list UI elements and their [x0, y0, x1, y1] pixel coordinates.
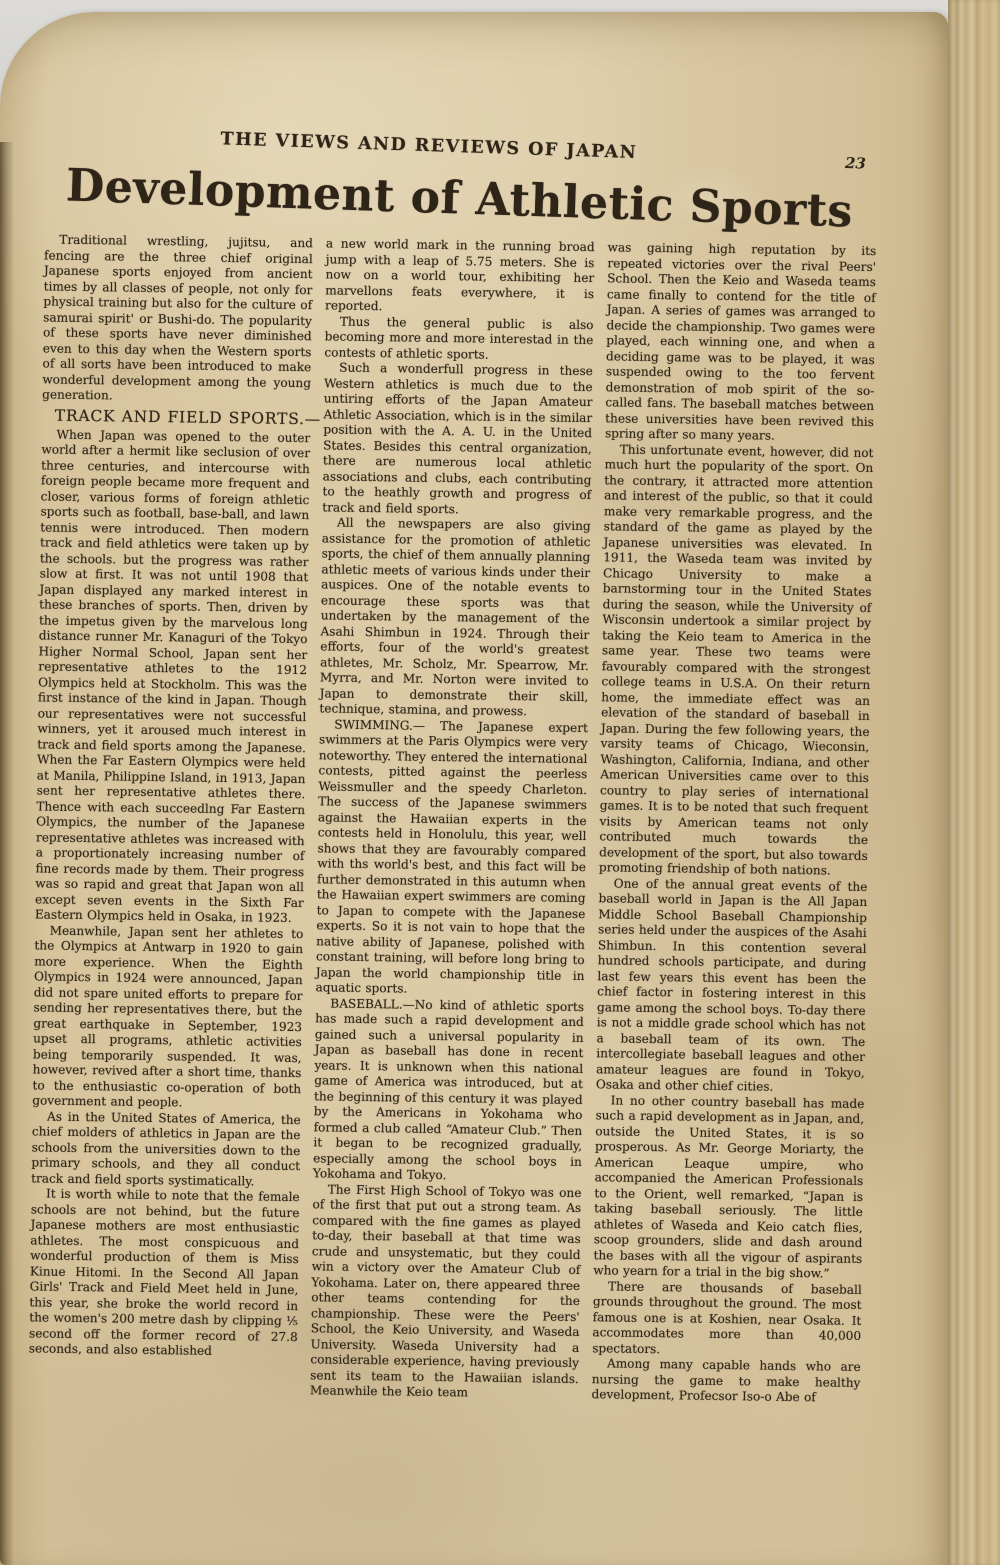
- paragraph: When Japan was opened to the outer world…: [35, 427, 311, 927]
- paragraph: Among many capable hands who are nursing…: [591, 1356, 860, 1406]
- paragraph: a new world mark in the running broad ju…: [325, 236, 595, 317]
- paragraph: Such a wonderfull progress in these West…: [322, 360, 593, 519]
- section-heading: TRACK AND FIELD SPORTS.—: [42, 406, 311, 429]
- article-columns: Traditional wrestling, jujitsu, and fenc…: [28, 232, 876, 1406]
- paragraph: Meanwhile, Japan sent her athletes to th…: [32, 923, 303, 1113]
- paragraph: As in the United States of America, the …: [31, 1109, 301, 1190]
- column-3: was gaining high reputation by its repea…: [591, 240, 876, 1406]
- paragraph: The First High School of Tokyo was one o…: [310, 1182, 582, 1403]
- paragraph: It is worth while to note that the femal…: [29, 1186, 300, 1360]
- column-1: Traditional wrestling, jujitsu, and fenc…: [29, 232, 313, 1360]
- paragraph: was gaining high reputation by its repea…: [605, 240, 876, 445]
- scan-backdrop: THE VIEWS AND REVIEWS OF JAPAN 23 Develo…: [0, 0, 1000, 1565]
- magazine-page: THE VIEWS AND REVIEWS OF JAPAN 23 Develo…: [0, 12, 948, 1565]
- paragraph: SWIMMING.— The Japanese expert swimmers …: [315, 717, 588, 1000]
- paragraph: In no other country baseball has made su…: [593, 1093, 864, 1283]
- book-page-edges: [948, 0, 1000, 1565]
- paragraph: All the newspapers are also giving assis…: [319, 515, 590, 720]
- paragraph: One of the annual great events of the ba…: [596, 876, 868, 1097]
- page-number: 23: [845, 154, 866, 173]
- column-2: a new world mark in the running broad ju…: [310, 236, 595, 1402]
- paragraph: There are thousands of baseball grounds …: [592, 1279, 862, 1360]
- paragraph: BASEBALL.—No kind of athletic sports has…: [313, 996, 584, 1186]
- page-content: THE VIEWS AND REVIEWS OF JAPAN 23 Develo…: [28, 119, 878, 1406]
- running-head: THE VIEWS AND REVIEWS OF JAPAN: [220, 129, 637, 163]
- page-left-edge: [0, 142, 14, 1565]
- paragraph: Thus the general public is also becoming…: [324, 314, 593, 364]
- paragraph: Traditional wrestling, jujitsu, and fenc…: [42, 232, 313, 406]
- masthead: THE VIEWS AND REVIEWS OF JAPAN 23 Develo…: [44, 111, 879, 238]
- paragraph: This unfortunate event, however, did not…: [599, 442, 874, 880]
